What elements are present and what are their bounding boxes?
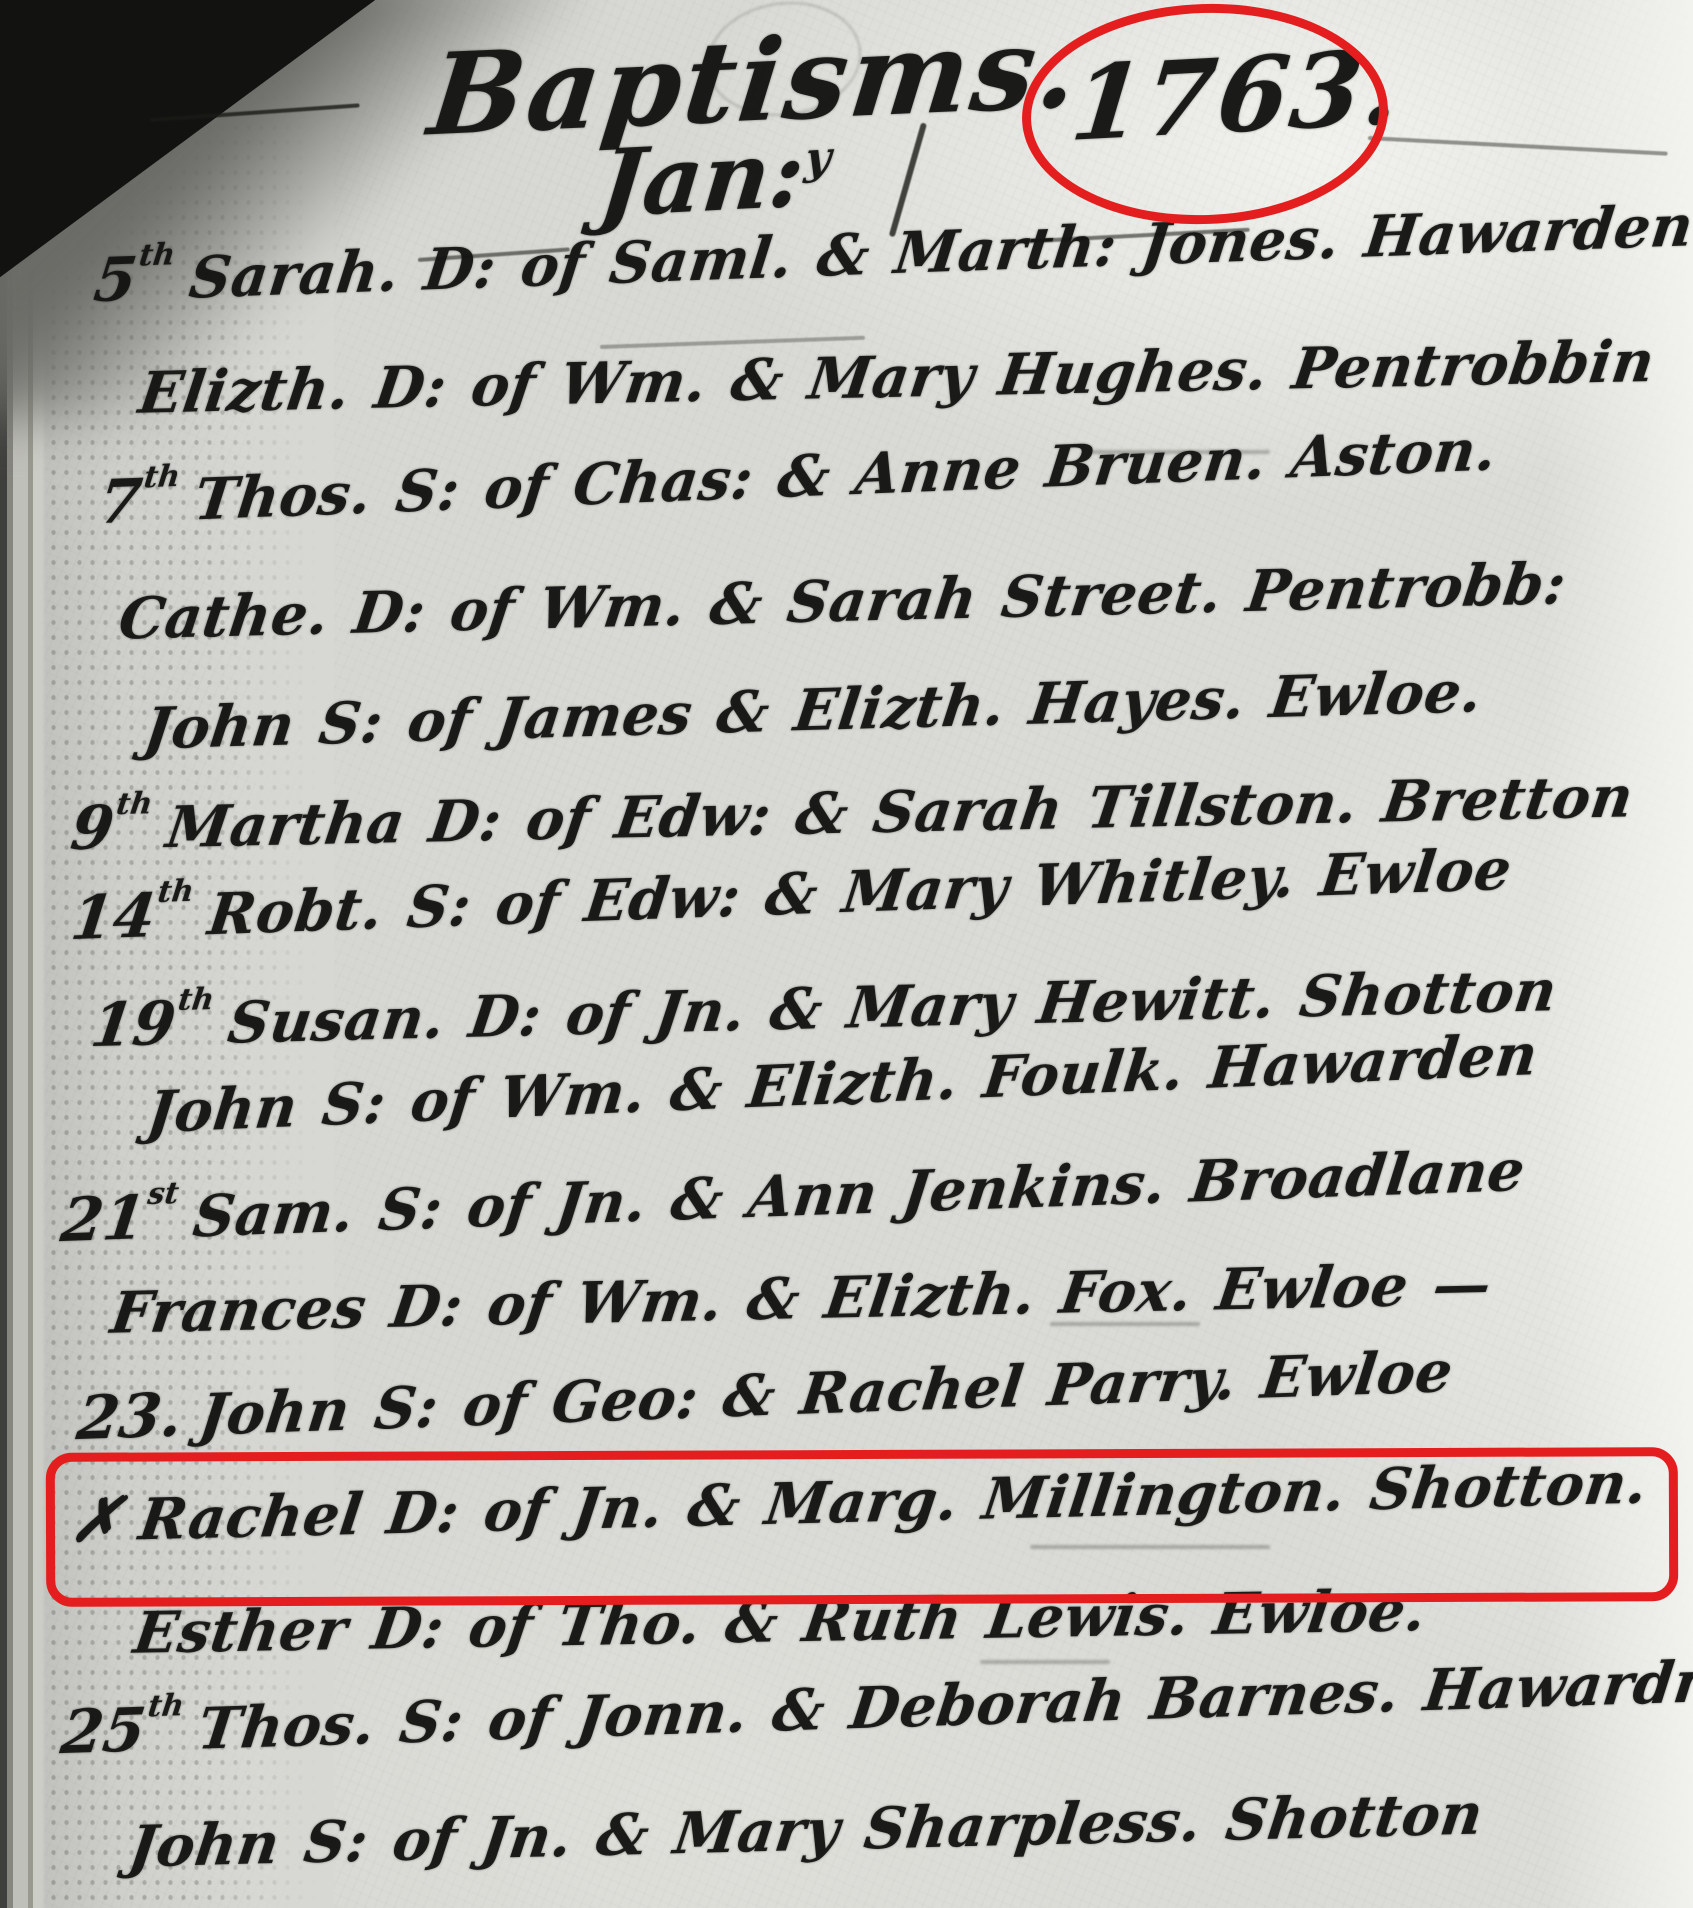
entry-day: 23.: [73, 1380, 186, 1454]
entry-day-suffix: [127, 688, 132, 723]
baptism-entry: Frances D: of Wm. & Elizth. Fox. Ewloe —: [93, 1243, 1492, 1348]
entry-day: [112, 1598, 122, 1668]
entry-day: [97, 584, 106, 654]
flourish-dash: [1368, 136, 1668, 156]
entry-day: 19: [87, 989, 180, 1061]
entry-day-suffix: th: [137, 237, 177, 273]
page-edge-highlight: [1543, 0, 1693, 1908]
entry-day-suffix: [94, 1272, 99, 1307]
entry-day-suffix: [130, 1072, 134, 1107]
entry-day: 7: [95, 466, 145, 538]
red-box-annotation: [46, 1447, 1679, 1607]
entry-day-suffix: [122, 352, 127, 387]
baptism-entry: Cathe. D: of Wm. & Sarah Street. Pentrob…: [101, 542, 1567, 654]
entry-day-suffix: th: [142, 459, 182, 496]
entry-day: [89, 1278, 99, 1348]
entry-text: Cathe. D: of Wm. & Sarah Street. Pentrob…: [115, 550, 1570, 653]
baptism-entry: John S: of Jn. & Mary Sharpless. Shotton: [111, 1773, 1484, 1882]
entry-day: 21: [57, 1183, 149, 1256]
entry-text: Frances D: of Wm. & Elizth. Fox. Ewloe —: [107, 1251, 1496, 1347]
entry-day-suffix: th: [146, 1688, 186, 1724]
baptism-entry: 21stSam. S: of Jn. & Ann Jenkins. Broadl…: [61, 1129, 1527, 1256]
entry-day: 5: [90, 244, 140, 316]
parish-register-scan: Baptisms. 1763. Jan:y 5thSarah. D: of Sa…: [0, 0, 1693, 1908]
entry-text: Thos. S: of Chas: & Anne Bruen. Aston.: [191, 416, 1500, 533]
entry-day-suffix: th: [176, 982, 216, 1018]
month-suffix: y: [803, 132, 834, 185]
entry-day: [122, 694, 131, 764]
entry-day: 9: [67, 793, 118, 864]
entry-text: John S: of Jn. & Mary Sharpless. Shotton: [125, 1780, 1487, 1880]
entry-day-suffix: [112, 1806, 117, 1841]
baptism-entry: John S: of James & Elizth. Hayes. Ewloe.: [126, 650, 1483, 764]
entry-day-suffix: th: [114, 786, 154, 822]
entry-day-suffix: st: [146, 1176, 181, 1212]
entry-day: 14: [67, 881, 159, 954]
entry-day-suffix: th: [156, 874, 196, 910]
baptism-entry: 23.John S: of Geo: & Rachel Parry. Ewloe: [77, 1330, 1455, 1454]
entry-text: Thos. S: of Jonn. & Deborah Barnes. Hawa…: [194, 1648, 1693, 1763]
entry-day: [126, 1078, 134, 1148]
entry-text: Sam. S: of Jn. & Ann Jenkins. Broadlane: [190, 1137, 1529, 1251]
entry-day: [107, 1812, 116, 1882]
entry-text: John S: of James & Elizth. Hayes. Ewloe.: [140, 658, 1486, 763]
baptism-entry: 7thThos. S: of Chas: & Anne Bruen. Aston…: [99, 408, 1499, 538]
entry-day-suffix: [102, 578, 107, 613]
entry-day: 25: [57, 1695, 149, 1768]
entry-text: John S: of Geo: & Rachel Parry. Ewloe: [196, 1338, 1457, 1449]
